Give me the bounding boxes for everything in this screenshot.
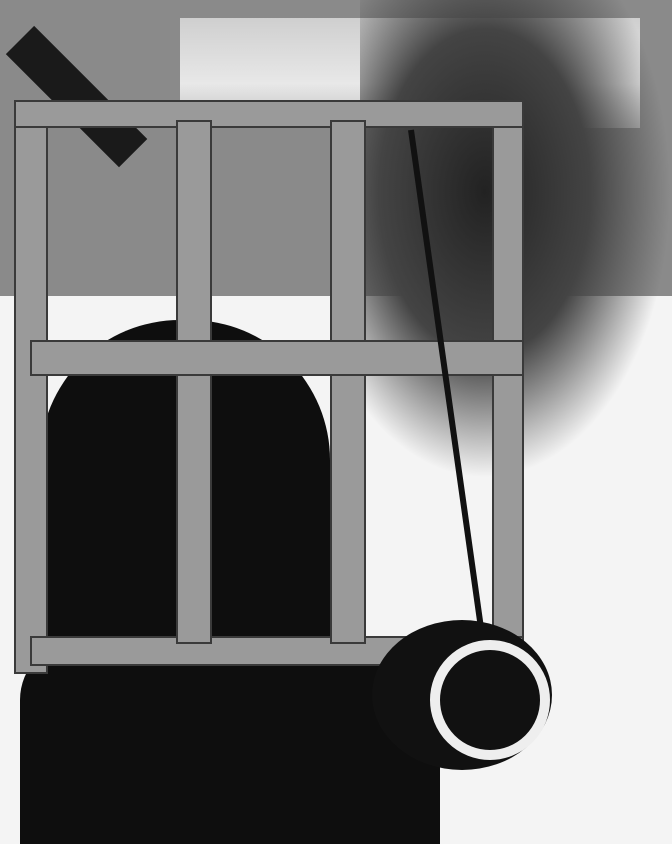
window-mullion-1 [176,120,212,644]
window-frame-right [492,120,524,664]
window-transom [30,340,524,376]
window-mullion-2 [330,120,366,644]
window-frame-top [14,100,524,128]
window-frame-left [14,110,48,674]
artwork [0,0,672,844]
instrument-soundhole [430,640,550,760]
